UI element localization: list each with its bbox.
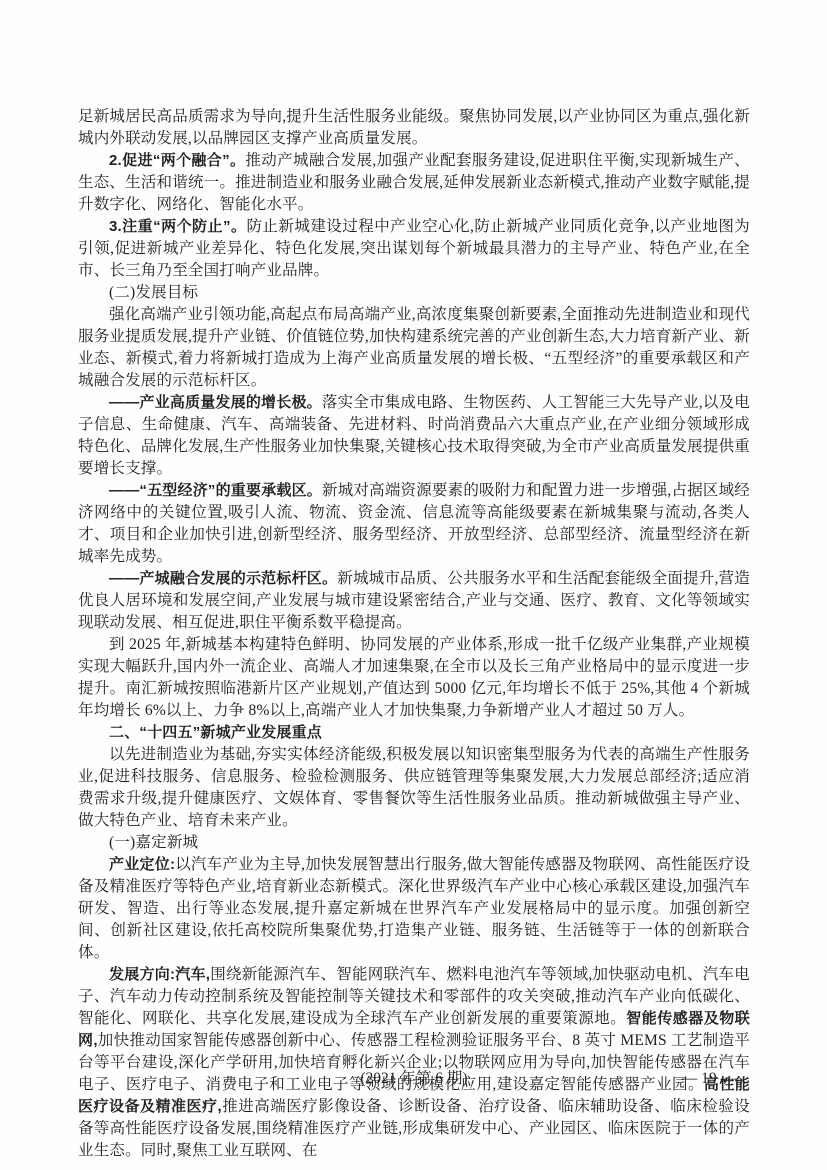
paragraph: 2.促进“两个融合”。推动产城融合发展,加强产业配套服务建设,促进职住平衡,实现… <box>78 150 750 216</box>
text-run: (一)嘉定新城 <box>109 834 198 851</box>
text-run: 以先进制造业为基础,夯实实体经济能级,积极发展以知识密集型服务为代表的高端生产性… <box>78 746 750 829</box>
emphasis-run: 产业定位: <box>109 856 175 873</box>
text-run: 强化高端产业引领功能,高起点布局高端产业,高浓度集聚创新要素,全面推动先进制造业… <box>78 306 750 389</box>
text-run: 到 2025 年,新城基本构建特色鲜明、协同发展的产业体系,形成一批千亿级产业集… <box>78 636 750 719</box>
paragraph: 3.注重“两个防止”。防止新城建设过程中产业空心化,防止新城产业同质化竞争,以产… <box>78 216 750 282</box>
page-footer: (2021 年第 6 期) — 19 — <box>78 1068 750 1090</box>
text-run: (二)发展目标 <box>109 284 198 301</box>
emphasis-run: ——产城融合发展的示范标杆区。 <box>109 570 337 587</box>
text-run: 以汽车产业为主导,加快发展智慧出行服务,做大智能传感器及物联网、高性能医疗设备及… <box>78 856 750 961</box>
section-heading: 二、“十四五”新城产业发展重点 <box>78 722 750 744</box>
document-page: 足新城居民高品质需求为导向,提升生活性服务业能级。聚焦协同发展,以产业协同区为重… <box>0 0 827 1170</box>
paragraph: ——产业高质量发展的增长极。落实全市集成电路、生物医药、人工智能三大先导产业,以… <box>78 392 750 480</box>
emphasis-run: ——“五型经济”的重要承载区。 <box>109 482 322 499</box>
emphasis-run: ——产业高质量发展的增长极。 <box>109 394 322 411</box>
paragraph: 以先进制造业为基础,夯实实体经济能级,积极发展以知识密集型服务为代表的高端生产性… <box>78 744 750 832</box>
paragraph: 产业定位:以汽车产业为主导,加快发展智慧出行服务,做大智能传感器及物联网、高性能… <box>78 854 750 964</box>
emphasis-run: 2.促进“两个融合”。 <box>109 152 245 169</box>
emphasis-run: 3.注重“两个防止”。 <box>109 218 246 235</box>
text-run: 足新城居民高品质需求为导向,提升生活性服务业能级。聚焦协同发展,以产业协同区为重… <box>78 108 750 147</box>
paragraph: ——产城融合发展的示范标杆区。新城城市品质、公共服务水平和生活配套能级全面提升,… <box>78 568 750 634</box>
paragraph: 到 2025 年,新城基本构建特色鲜明、协同发展的产业体系,形成一批千亿级产业集… <box>78 634 750 722</box>
emphasis-run: 二、“十四五”新城产业发展重点 <box>109 724 322 741</box>
footer-issue-label: (2021 年第 6 期) <box>78 1068 750 1090</box>
section-heading: (一)嘉定新城 <box>78 832 750 854</box>
document-body: 足新城居民高品质需求为导向,提升生活性服务业能级。聚焦协同发展,以产业协同区为重… <box>78 106 750 1162</box>
paragraph: ——“五型经济”的重要承载区。新城对高端资源要素的吸附力和配置力进一步增强,占据… <box>78 480 750 568</box>
paragraph: 发展方向:汽车,围绕新能源汽车、智能网联汽车、燃料电池汽车等领域,加快驱动电机、… <box>78 964 750 1162</box>
paragraph: 强化高端产业引领功能,高起点布局高端产业,高浓度集聚创新要素,全面推动先进制造业… <box>78 304 750 392</box>
emphasis-run: 发展方向:汽车, <box>109 966 210 983</box>
section-heading: (二)发展目标 <box>78 282 750 304</box>
footer-page-number: — 19 — <box>682 1068 736 1090</box>
paragraph: 足新城居民高品质需求为导向,提升生活性服务业能级。聚焦协同发展,以产业协同区为重… <box>78 106 750 150</box>
